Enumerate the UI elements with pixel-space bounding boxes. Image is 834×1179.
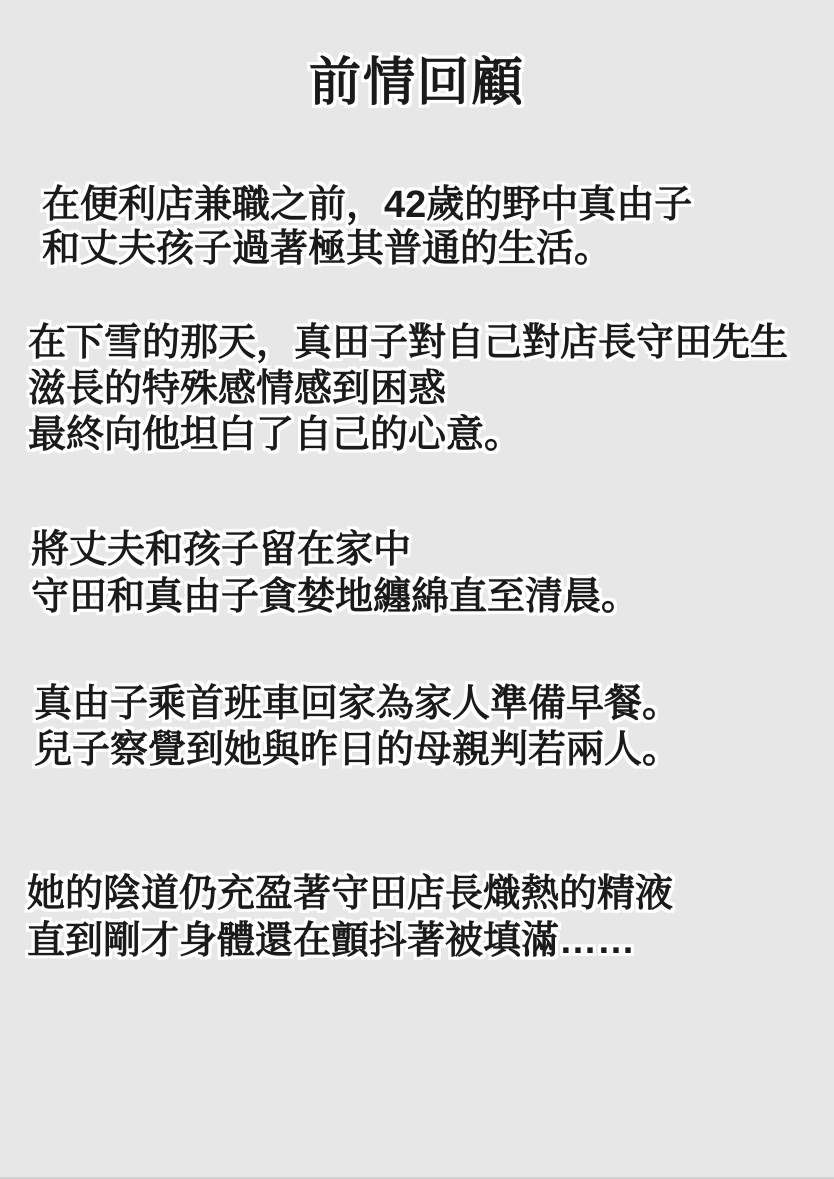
story-line: 兒子察覺到她與昨日的母親判若兩人。 [34,727,680,773]
story-line: 最終向他坦白了自己的心意。 [28,412,788,458]
story-line: 直到剛才身體還在顫抖著被填滿…… [27,918,673,965]
story-paragraph: 在便利店兼職之前，42歲的野中真由子 和丈夫孩子過著極其普通的生活。 [42,183,692,271]
story-line: 滋長的特殊感情感到困惑 [28,366,788,412]
story-line: 將丈夫和孩子留在家中 [31,527,639,574]
story-paragraph: 在下雪的那天，真田子對自己對店長守田先生 滋長的特殊感情感到困惑 最終向他坦白了… [28,320,788,458]
story-line: 在下雪的那天，真田子對自己對店長守田先生 [28,320,788,366]
recap-title: 前情回顧 [0,55,834,112]
story-line: 守田和真由子貪婪地纏綿直至清晨。 [31,574,639,621]
story-line: 她的陰道仍充盈著守田店長熾熱的精液 [27,871,673,918]
recap-page: 前情回顧 在便利店兼職之前，42歲的野中真由子 和丈夫孩子過著極其普通的生活。 … [0,0,834,1179]
story-line: 在便利店兼職之前，42歲的野中真由子 [42,183,692,227]
story-paragraph: 將丈夫和孩子留在家中 守田和真由子貪婪地纏綿直至清晨。 [31,527,639,621]
story-paragraph: 真由子乘首班車回家為家人準備早餐。 兒子察覺到她與昨日的母親判若兩人。 [34,681,680,773]
story-paragraph: 她的陰道仍充盈著守田店長熾熱的精液 直到剛才身體還在顫抖著被填滿…… [27,871,673,965]
story-line: 真由子乘首班車回家為家人準備早餐。 [34,681,680,727]
story-line: 和丈夫孩子過著極其普通的生活。 [42,227,692,271]
